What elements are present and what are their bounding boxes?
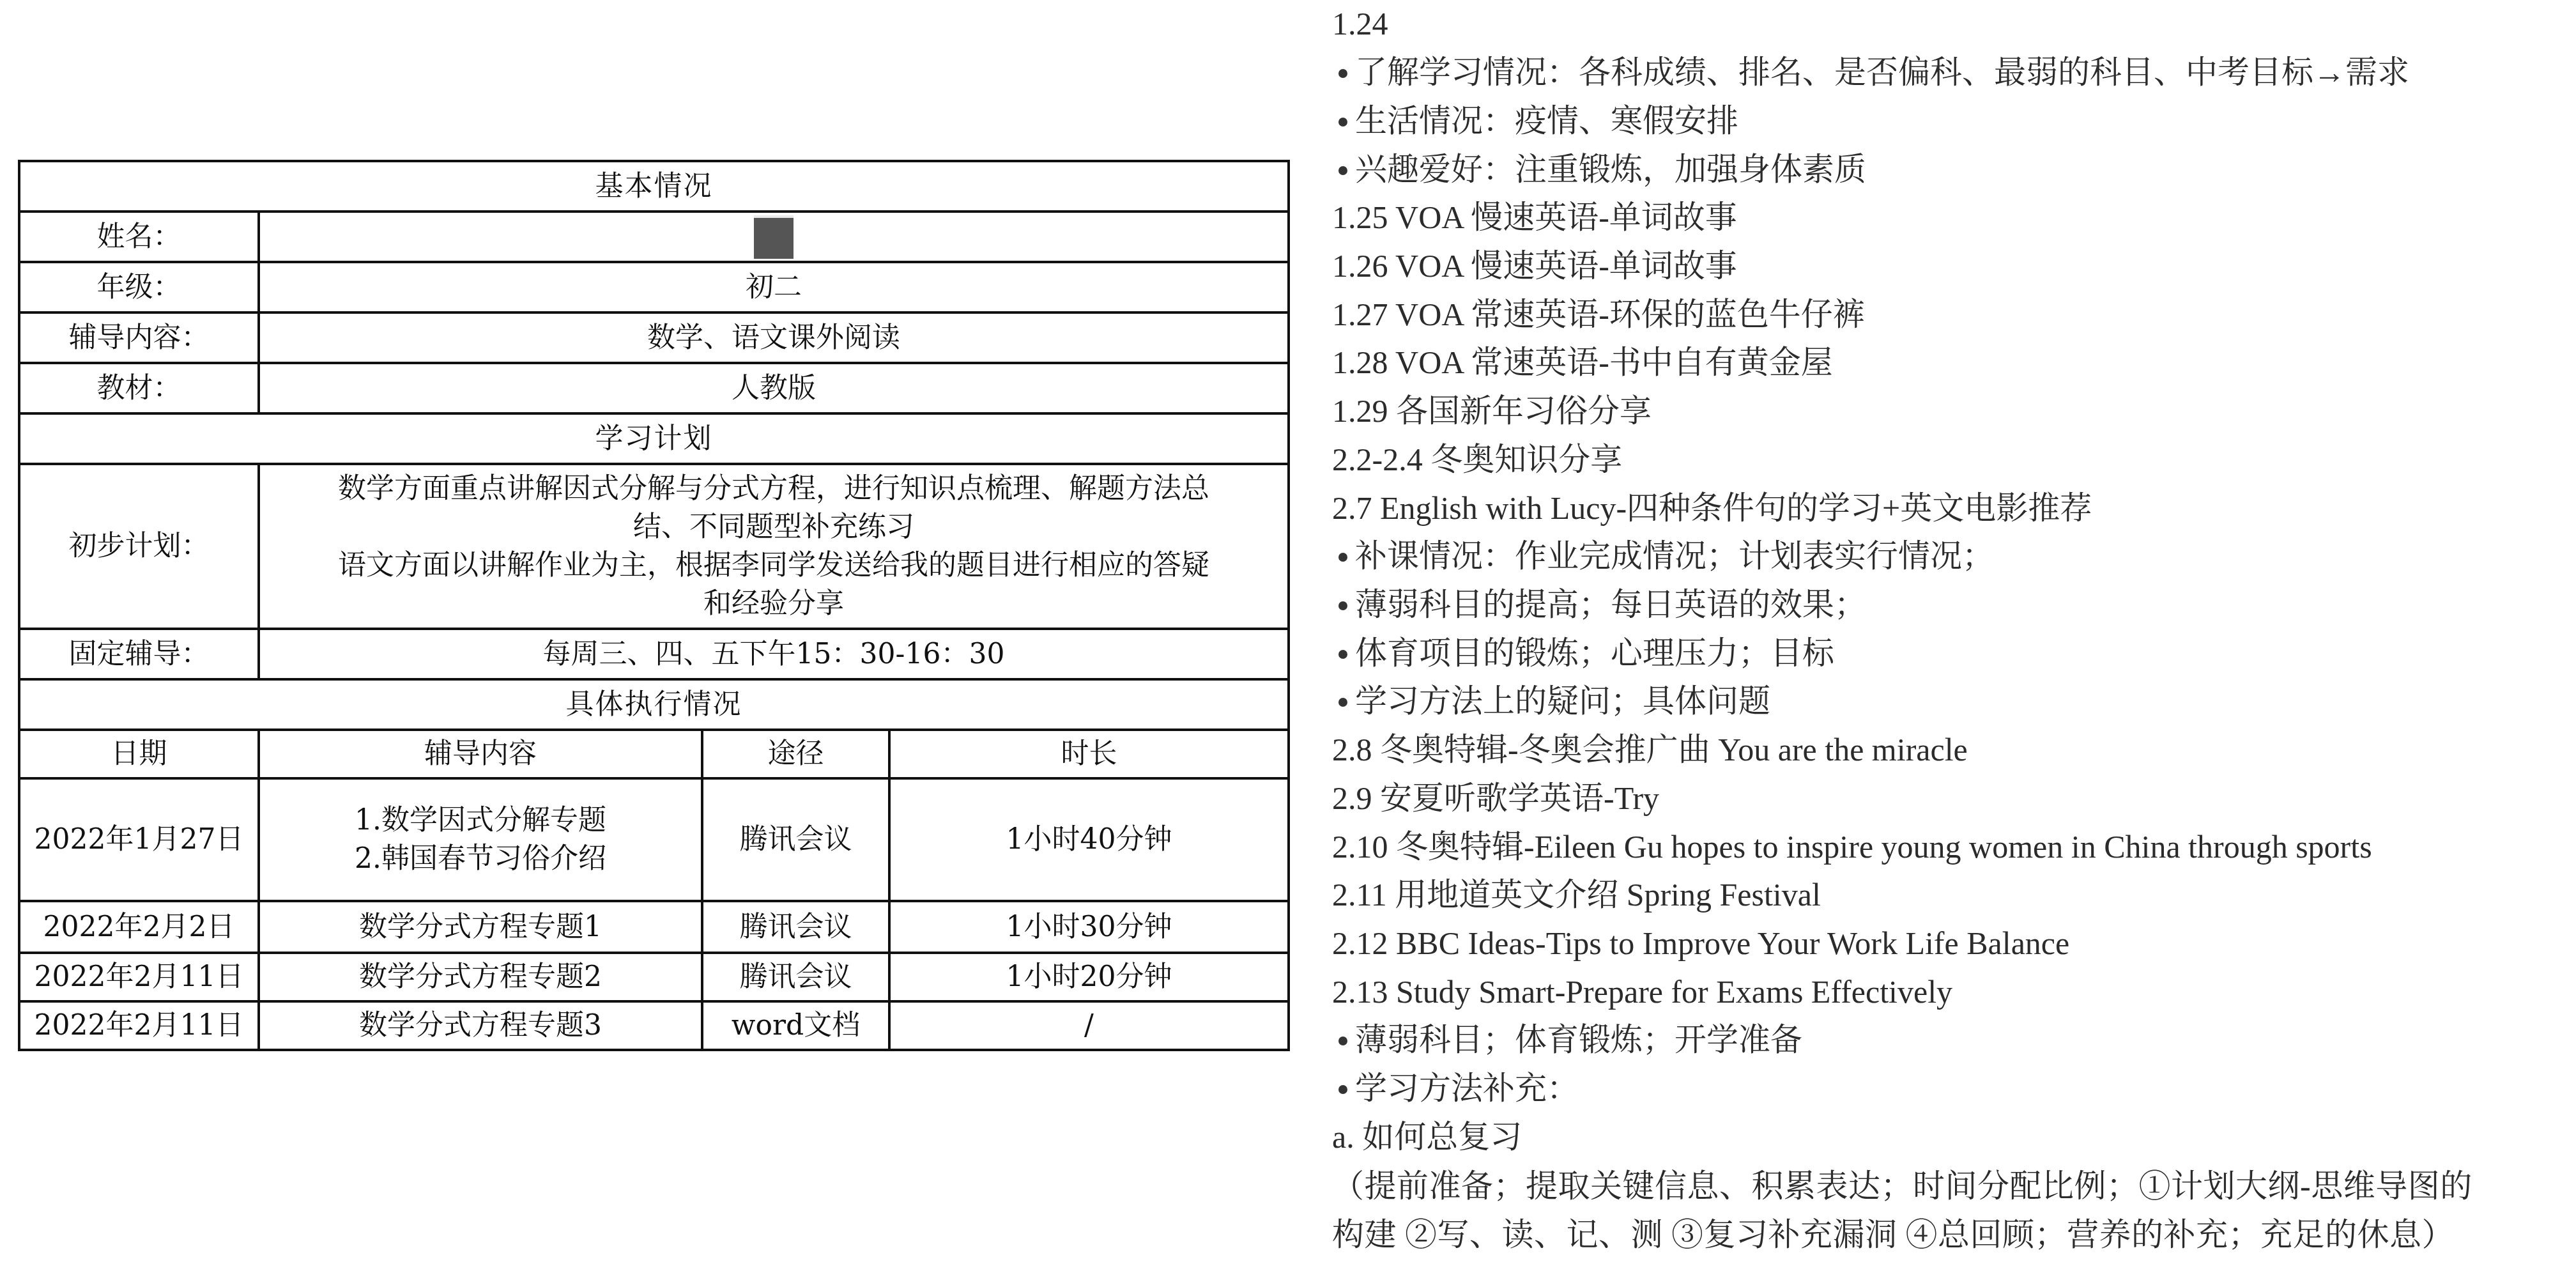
note-heading: 2.11 用地道英文介绍 Spring Festival	[1332, 875, 1821, 914]
note-heading: 1.25 VOA 慢速英语-单词故事	[1332, 198, 1737, 236]
note-heading: 1.27 VOA 常速英语-环保的蓝色牛仔裤	[1332, 295, 1865, 334]
note-bullet: 薄弱科目；体育锻炼；开学准备	[1338, 1021, 1802, 1059]
bullet-icon	[1338, 601, 1347, 610]
table-row: 2022年2月11日 数学分式方程专题3 word文档 /	[19, 1001, 1289, 1050]
plan-value: 数学方面重点讲解因式分解与分式方程，进行知识点梳理、解题方法总 结、不同题型补充…	[259, 464, 1289, 629]
redacted-name-block	[754, 215, 793, 259]
note-bullet: 学习方法上的疑问；具体问题	[1338, 682, 1770, 720]
note-heading: 2.9 安夏听歌学英语-Try	[1332, 779, 1659, 817]
tutoring-record-table: 基本情况 姓名： 年级： 初二 辅导内容： 数学、语文课外阅读 教材： 人教版 …	[18, 160, 1290, 1051]
row-duration: 1小时40分钟	[889, 778, 1289, 901]
note-heading: 2.10 冬奥特辑-Eileen Gu hopes to inspire you…	[1332, 828, 2372, 866]
note-heading: 2.12 BBC Ideas-Tips to Improve Your Work…	[1332, 924, 2069, 962]
plan-line: 和经验分享	[266, 585, 1281, 623]
row-content: 数学分式方程专题2	[259, 953, 702, 1001]
note-paragraph: （提前准备；提取关键信息、积累表达；时间分配比例；①计划大纲-思维导图的	[1332, 1167, 2472, 1205]
name-value	[259, 212, 1289, 262]
column-header-date: 日期	[19, 730, 259, 778]
row-content: 1.数学因式分解专题 2.韩国春节习俗介绍	[259, 778, 702, 901]
note-bullet: 薄弱科目的提高；每日英语的效果；	[1338, 585, 1866, 624]
fixed-schedule-label: 固定辅导：	[19, 629, 259, 679]
bullet-icon	[1338, 553, 1347, 562]
plan-line: 结、不同题型补充练习	[266, 508, 1281, 546]
plan-line: 数学方面重点讲解因式分解与分式方程，进行知识点梳理、解题方法总	[266, 470, 1281, 508]
note-heading: 2.13 Study Smart-Prepare for Exams Effec…	[1332, 973, 1952, 1011]
grade-value: 初二	[259, 262, 1289, 312]
row-duration: 1小时20分钟	[889, 953, 1289, 1001]
section-execution: 具体执行情况	[19, 679, 1289, 730]
content-label: 辅导内容：	[19, 312, 259, 363]
row-date: 2022年2月2日	[19, 901, 259, 953]
textbook-label: 教材：	[19, 363, 259, 413]
note-heading: 1.24	[1332, 4, 1388, 43]
note-heading: 2.2-2.4 冬奥知识分享	[1332, 440, 1622, 479]
note-paragraph: 构建 ②写、读、记、测 ③复习补充漏洞 ④总回顾；营养的补充；充足的休息）	[1332, 1215, 2454, 1254]
bullet-icon	[1338, 118, 1347, 127]
section-basic-info: 基本情况	[19, 161, 1289, 212]
row-content: 数学分式方程专题3	[259, 1001, 702, 1050]
name-label: 姓名：	[19, 212, 259, 262]
bullet-icon	[1338, 698, 1347, 707]
note-heading: 2.8 冬奥特辑-冬奥会推广曲 You are the miracle	[1332, 730, 1968, 769]
row-date: 2022年1月27日	[19, 778, 259, 901]
row-duration: 1小时30分钟	[889, 901, 1289, 953]
note-bullet: 体育项目的锻炼；心理压力；目标	[1338, 634, 1834, 672]
textbook-value: 人教版	[259, 363, 1289, 413]
bullet-icon	[1338, 69, 1347, 78]
plan-label: 初步计划：	[19, 464, 259, 629]
table-row: 2022年2月2日 数学分式方程专题1 腾讯会议 1小时30分钟	[19, 901, 1289, 953]
fixed-schedule-value: 每周三、四、五下午15：30-16：30	[259, 629, 1289, 679]
bullet-icon	[1338, 166, 1347, 175]
note-bullet: 了解学习情况：各科成绩、排名、是否偏科、最弱的科目、中考目标→需求	[1338, 53, 2409, 91]
note-heading: 1.26 VOA 慢速英语-单词故事	[1332, 247, 1737, 285]
row-date: 2022年2月11日	[19, 1001, 259, 1050]
note-bullet: 生活情况：疫情、寒假安排	[1338, 102, 1738, 140]
row-method: 腾讯会议	[702, 901, 889, 953]
plan-line: 语文方面以讲解作业为主，根据李同学发送给我的题目进行相应的答疑	[266, 546, 1281, 585]
row-content-line: 2.韩国春节习俗介绍	[266, 840, 694, 878]
column-header-duration: 时长	[889, 730, 1289, 778]
note-bullet: 兴趣爱好：注重锻炼，加强身体素质	[1338, 150, 1866, 189]
note-bullet: 学习方法补充：	[1338, 1069, 1579, 1107]
row-method: word文档	[702, 1001, 889, 1050]
table-row: 2022年1月27日 1.数学因式分解专题 2.韩国春节习俗介绍 腾讯会议 1小…	[19, 778, 1289, 901]
row-content: 数学分式方程专题1	[259, 901, 702, 953]
row-date: 2022年2月11日	[19, 953, 259, 1001]
bullet-icon	[1338, 650, 1347, 659]
note-heading: 1.29 各国新年习俗分享	[1332, 392, 1652, 430]
row-method: 腾讯会议	[702, 953, 889, 1001]
content-value: 数学、语文课外阅读	[259, 312, 1289, 363]
note-heading: 1.28 VOA 常速英语-书中自有黄金屋	[1332, 343, 1833, 381]
bullet-icon	[1338, 1085, 1347, 1094]
section-study-plan: 学习计划	[19, 413, 1289, 464]
bullet-icon	[1338, 1037, 1347, 1045]
row-duration: /	[889, 1001, 1289, 1050]
row-content-line: 1.数学因式分解专题	[266, 801, 694, 840]
column-header-content: 辅导内容	[259, 730, 702, 778]
note-heading: 2.7 English with Lucy-四种条件句的学习+英文电影推荐	[1332, 489, 2092, 527]
column-header-method: 途径	[702, 730, 889, 778]
table-row: 2022年2月11日 数学分式方程专题2 腾讯会议 1小时20分钟	[19, 953, 1289, 1001]
row-method: 腾讯会议	[702, 778, 889, 901]
note-bullet: 补课情况：作业完成情况；计划表实行情况；	[1338, 537, 1994, 575]
note-heading: a. 如何总复习	[1332, 1118, 1522, 1156]
grade-label: 年级：	[19, 262, 259, 312]
